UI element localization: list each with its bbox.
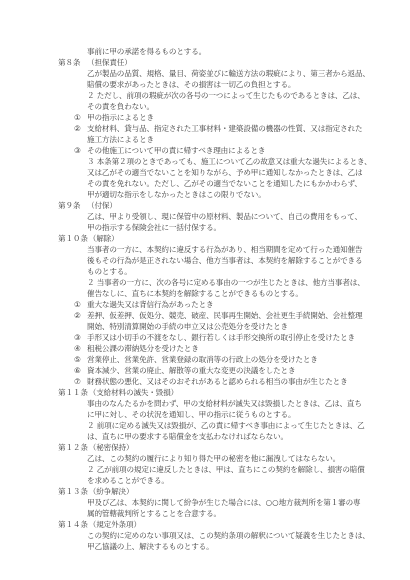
list-item-continuation: 開始、特別清算開始の手続の申立又は公売処分を受けたとき	[87, 322, 288, 332]
article-number: 第１２条	[58, 443, 88, 453]
article-number: 第１１条	[58, 388, 88, 398]
list-item: ②支給材料、貸与品、指定された工事材料・建築設備の機器の性質、又は指定された	[74, 124, 362, 134]
item-text: その他施工について甲の責に帰すべき理由によるとき	[87, 146, 265, 155]
list-item: ①甲の指示によるとき	[74, 113, 154, 123]
list-item-continuation: 施工方法によるとき	[87, 135, 154, 145]
item-number: ③	[74, 146, 87, 156]
item-text: 租税公課の滞納処分を受けたとき	[87, 344, 199, 353]
list-item: ⑥資本減少、営業の廃止、解散等の重大な変更の決議をしたとき	[74, 366, 295, 376]
body-text-line: は、直ちに甲の要求する賠償金を支払わなければならない。	[87, 432, 288, 442]
paragraph-start: ２ 前項に定める滅失又は毀損が、乙の責に帰すべき事由によって生じたときは、乙	[87, 421, 365, 431]
article-heading: 第８条（担保責任）	[58, 58, 132, 68]
article-number: 第１３条	[58, 487, 88, 497]
body-text-line: ものとする。	[87, 267, 132, 277]
body-text-line: 事由のなんたるかを問わず、甲の支給材料が滅失又は毀損したときは、乙は、直ち	[87, 399, 362, 409]
article-heading: 第１０条（解除）	[58, 234, 119, 244]
item-text: 財務状態の悪化、又はそのおそれがあると認められる相当の事由が生じたとき	[87, 377, 348, 386]
paragraph-start: ３ 本条第２項のときであっても、施工について乙の故意又は重大な過失によるとき、	[87, 157, 372, 167]
article-title: （付保）	[87, 201, 117, 211]
item-text: 資本減少、営業の廃止、解散等の重大な変更の決議をしたとき	[87, 366, 295, 375]
item-text: 営業停止、営業免許、営業登録の取消等の行政上の処分を受けたとき	[87, 355, 318, 364]
item-number: ①	[74, 300, 87, 310]
contract-page: 事前に甲の承諾を得るものとする。第８条（担保責任）乙が製品の品質、規格、量目、荷…	[0, 0, 410, 580]
body-text-line: その責を負わない。	[87, 102, 154, 112]
article-title: （紛争解決）	[89, 487, 134, 497]
article-title: （解除）	[89, 234, 119, 244]
item-number: ②	[74, 124, 87, 134]
body-text-line: 甲が適切な指示をしなかったときはこの限りでない。	[87, 190, 266, 200]
body-text-line: 後もその行為が是正されない場合、他方当事者は、本契約を解除することができる	[87, 256, 362, 266]
body-text-line: その責を免れない。ただし、乙がその適当でないことを通知したにもかかわらず、	[87, 179, 362, 189]
body-text-line: 乙が製品の品質、規格、量目、荷姿並びに輸送方法の瑕疵により、第三者から返品、	[87, 69, 370, 79]
article-heading: 第１１条（支給材料の滅失・毀損）	[58, 388, 178, 398]
list-item: ③その他施工について甲の責に帰すべき理由によるとき	[74, 146, 265, 156]
paragraph-start: ２ 当事者の一方に、次の各号に定める事由の一つが生じたときは、他方当事者は、	[87, 278, 365, 288]
body-text-line: 甲及び乙は、本契約に関して紛争が生じた場合には、○○地方裁判所を第１審の専	[87, 498, 360, 508]
item-text: 重大な過失又は背信行為があったとき	[87, 300, 213, 309]
article-heading: 第１２条（秘密保持）	[58, 443, 133, 453]
paragraph-start: ２ 乙が前項の規定に違反したときは、甲は、直ちにこの契約を解除し、損害の賠償	[87, 465, 365, 475]
body-text-line: 乙は、この契約の履行により知り得た甲の秘密を他に漏洩してはならない。	[87, 454, 340, 464]
item-text: 手形又は小切手の不渡をなし、銀行若しくは手形交換所の取引停止を受けたとき	[87, 333, 355, 342]
paragraph-start: ２ ただし、前項の瑕疵が次の各号の一つによって生じたものであるときは、乙は、	[87, 91, 365, 101]
body-text-line: に甲に対し、その状況を通知し、甲の指示に従うものとする。	[87, 410, 295, 420]
item-text: 甲の指示によるとき	[87, 113, 154, 122]
list-item: ③手形又は小切手の不渡をなし、銀行若しくは手形交換所の取引停止を受けたとき	[74, 333, 355, 343]
body-text-line: 賠償の要求があったときは、その損害は一切乙の負担とする。	[87, 80, 295, 90]
list-item: ⑤営業停止、営業免許、営業登録の取消等の行政上の処分を受けたとき	[74, 355, 318, 365]
article-number: 第９条	[58, 201, 87, 211]
article-title: （支給材料の滅失・毀損）	[89, 388, 178, 398]
body-text-line: 甲の指示する保険会社に一括付保する。	[87, 223, 221, 233]
item-number: ①	[74, 113, 87, 123]
body-text-line: 催告なしに、直ちに本契約を解除することができるものとする。	[87, 289, 303, 299]
article-number: 第１４条	[58, 520, 88, 530]
article-heading: 第１４条（規定外条項）	[58, 520, 141, 530]
article-title: （規定外条項）	[89, 520, 141, 530]
list-item: ①重大な過失又は背信行為があったとき	[74, 300, 213, 310]
body-text-line: を求めることができる。	[87, 476, 169, 486]
article-heading: 第１３条（紛争解決）	[58, 487, 133, 497]
item-number: ③	[74, 333, 87, 343]
list-item: ④租税公課の滞納処分を受けたとき	[74, 344, 199, 354]
item-text: 支給材料、貸与品、指定された工事材料・建築設備の機器の性質、又は指定された	[87, 124, 362, 133]
article-title: （担保責任）	[87, 58, 132, 68]
item-number: ⑤	[74, 355, 87, 365]
item-number: ⑦	[74, 377, 87, 387]
item-number: ⑥	[74, 366, 87, 376]
article-number: 第１０条	[58, 234, 88, 244]
body-text-line: この契約に定めのない事項又は、この契約条項の解釈について疑義を生じたときは、	[87, 531, 370, 541]
body-text-line: 当事者の一方に、本契約に違反する行為があり、相当期間を定めて行った通知催告	[87, 245, 362, 255]
article-title: （秘密保持）	[89, 443, 134, 453]
body-text-line: 又は乙がその適当でないことを知りながら、予め甲に通知しなかったときは、乙は	[87, 168, 362, 178]
item-number: ②	[74, 311, 87, 321]
body-text-line: 事前に甲の承諾を得るものとする。	[87, 47, 206, 57]
body-text-line: 乙は、甲より受領し、現に保管中の原材料、製品について、自己の費用をもって、	[87, 212, 362, 222]
article-heading: 第９条（付保）	[58, 201, 117, 211]
item-number: ④	[74, 344, 87, 354]
list-item: ⑦財務状態の悪化、又はそのおそれがあると認められる相当の事由が生じたとき	[74, 377, 348, 387]
item-text: 差押、仮差押、仮処分、競売、破産、民事再生開始、会社更生手続開始、会社整理	[87, 311, 362, 320]
article-number: 第８条	[58, 58, 87, 68]
list-item: ②差押、仮差押、仮処分、競売、破産、民事再生開始、会社更生手続開始、会社整理	[74, 311, 362, 321]
body-text-line: 甲乙協議の上、解決するものとする。	[87, 542, 214, 552]
body-text-line: 属的管轄裁判所とすることを合意する。	[87, 509, 221, 519]
